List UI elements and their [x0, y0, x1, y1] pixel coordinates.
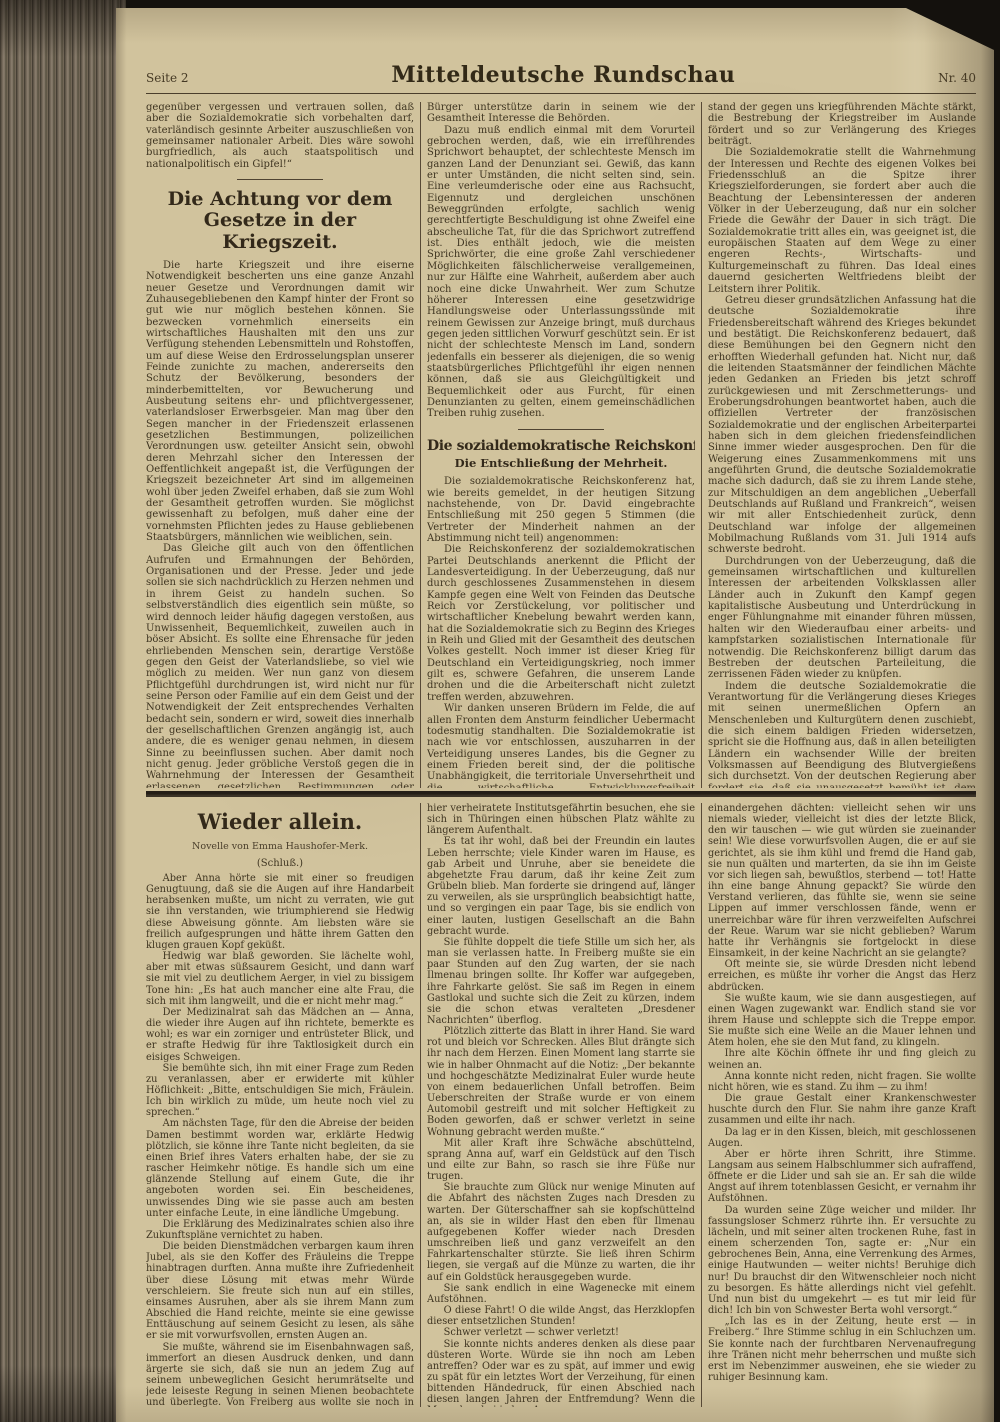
- paragraph: stand der gegen uns kriegführenden Mächt…: [708, 102, 976, 147]
- masthead-title: Mitteldeutsche Rundschau: [391, 62, 735, 88]
- paragraph: Plötzlich zitterte das Blatt in ihrer Ha…: [427, 1026, 695, 1138]
- paragraph: Sie wußte kaum, wie sie dann ausgestiege…: [708, 993, 976, 1049]
- paragraph: Der Medizinalrat sah das Mädchen an — An…: [146, 1007, 414, 1063]
- page-number: Seite 2: [146, 71, 189, 85]
- column-1: gegenüber vergessen und vertrauen sollen…: [146, 102, 414, 788]
- article-subheadline: Die Entschließung der Mehrheit.: [427, 456, 695, 470]
- paragraph: Ihre alte Köchin öffnete ihr und fing gl…: [708, 1048, 976, 1070]
- paragraph: Bürger unterstütze darin in seinem wie d…: [427, 102, 695, 125]
- paragraph: Da lag er in den Kissen, bleich, mit ges…: [708, 1127, 976, 1149]
- paragraph: Aber er hörte ihren Schritt, ihre Stimme…: [708, 1149, 976, 1205]
- story-body: einandergehen dächten: vielleicht sehen …: [708, 803, 976, 1383]
- story-body: Aber Anna hörte sie mit einer so freudig…: [146, 873, 414, 1407]
- paragraph: Schwer verletzt — schwer verletzt!: [427, 1327, 695, 1338]
- paragraph: Die graue Gestalt einer Krankenschwester…: [708, 1093, 976, 1126]
- paragraph: Mit aller Kraft ihre Schwäche abschüttel…: [427, 1138, 695, 1183]
- feuilleton-column-3: einandergehen dächten: vielleicht sehen …: [708, 803, 976, 1407]
- article-headline-kriegszeit: Die Achtung vor dem Gesetze in der Krieg…: [146, 189, 414, 253]
- paragraph: Die Erklärung des Medizinalrates schien …: [146, 1219, 414, 1241]
- story-headline: Wieder allein.: [146, 809, 414, 834]
- feuilleton-column-1: Wieder allein. Novelle von Emma Haushofe…: [146, 803, 414, 1407]
- paragraph: Hedwig war blaß geworden. Sie lächelte w…: [146, 951, 414, 1007]
- paragraph: Am nächsten Tage, für den die Abreise de…: [146, 1118, 414, 1218]
- column-divider: [420, 803, 421, 1407]
- separator-rule: [237, 179, 323, 180]
- article-body: stand der gegen uns kriegführenden Mächt…: [708, 102, 976, 788]
- column-divider: [701, 102, 702, 788]
- paragraph: einandergehen dächten: vielleicht sehen …: [708, 803, 976, 959]
- paragraph: Anna konnte nicht reden, nicht fragen. S…: [708, 1071, 976, 1093]
- paragraph: Die beiden Dienstmädchen verbargen kaum …: [146, 1241, 414, 1341]
- article-continuation-text: gegenüber vergessen und vertrauen sollen…: [146, 102, 414, 170]
- paragraph: Wir danken unseren Brüdern im Felde, die…: [427, 703, 695, 788]
- paragraph: Sie fühlte doppelt die tiefe Stille um s…: [427, 937, 695, 1026]
- main-articles-section: gegenüber vergessen und vertrauen sollen…: [146, 102, 976, 788]
- article-headline-reichskonferenz: Die sozialdemokratische Reichskonferenz.: [427, 439, 695, 455]
- article-body: Die harte Kriegszeit und ihre eiserne No…: [146, 260, 414, 788]
- article-body: Bürger unterstütze darin in seinem wie d…: [427, 102, 695, 420]
- paragraph: Sie brauchte zum Glück nur wenige Minute…: [427, 1182, 695, 1282]
- column-divider: [701, 803, 702, 1407]
- paragraph: Getreu dieser grundsätzlichen Anfassung …: [708, 295, 976, 556]
- paragraph: Da wurden seine Züge weicher und milder.…: [708, 1205, 976, 1317]
- paragraph: Die sozialdemokratische Reichskonferenz …: [427, 476, 695, 544]
- paragraph: Sie mußte, während sie im Eisenbahnwagen…: [146, 1342, 414, 1407]
- feuilleton-section: Wieder allein. Novelle von Emma Haushofe…: [146, 803, 976, 1407]
- paragraph: Indem die deutsche Sozialdemokratie die …: [708, 681, 976, 788]
- story-byline: Novelle von Emma Haushofer-Merk.: [146, 841, 414, 852]
- story-body: hier verheiratete Institutsgefährtin bes…: [427, 803, 695, 1407]
- paragraph: Die Reichskonferenz der sozialdemokratis…: [427, 544, 695, 703]
- page-corner-shadow: [906, 8, 994, 50]
- paragraph: Oft meinte sie, sie würde Dresden nicht …: [708, 959, 976, 992]
- column-3: stand der gegen uns kriegführenden Mächt…: [708, 102, 976, 788]
- paragraph: Es tat ihr wohl, daß bei der Freundin ei…: [427, 836, 695, 936]
- newspaper-page: Seite 2 Mitteldeutsche Rundschau Nr. 40 …: [116, 8, 994, 1422]
- article-body: Die sozialdemokratische Reichskonferenz …: [427, 476, 695, 788]
- paragraph: Sie bemühte sich, ihn mit einer Frage zu…: [146, 1063, 414, 1119]
- paragraph: Die Sozialdemokratie stellt die Wahrnehm…: [708, 147, 976, 294]
- paragraph: hier verheiratete Institutsgefährtin bes…: [427, 803, 695, 836]
- page-header: Seite 2 Mitteldeutsche Rundschau Nr. 40: [146, 62, 976, 88]
- paragraph: Dazu muß endlich einmal mit dem Vorurtei…: [427, 125, 695, 420]
- feuilleton-column-2: hier verheiratete Institutsgefährtin bes…: [427, 803, 695, 1407]
- paragraph: Die harte Kriegszeit und ihre eiserne No…: [146, 260, 414, 544]
- column-2: Bürger unterstütze darin in seinem wie d…: [427, 102, 695, 788]
- header-rule: [146, 93, 976, 94]
- paragraph: Sie sank endlich in eine Wagenecke mit e…: [427, 1283, 695, 1305]
- issue-number: Nr. 40: [938, 71, 976, 85]
- scanned-newspaper-photo: Seite 2 Mitteldeutsche Rundschau Nr. 40 …: [0, 0, 1000, 1422]
- page-stack-edge: [0, 0, 126, 1422]
- paragraph: Aber Anna hörte sie mit einer so freudig…: [146, 873, 414, 951]
- separator-rule: [518, 429, 604, 430]
- story-part-label: (Schluß.): [146, 858, 414, 869]
- column-divider: [420, 102, 421, 788]
- feuilleton-divider-bar: [146, 791, 976, 797]
- paragraph: Durchdrungen von der Ueberzeugung, daß d…: [708, 556, 976, 681]
- paragraph: Das Gleiche gilt auch von den öffentlich…: [146, 543, 414, 788]
- paragraph: O diese Fahrt! O die wilde Angst, das He…: [427, 1305, 695, 1327]
- paragraph: Sie konnte nichts anderes denken als die…: [427, 1339, 695, 1408]
- paragraph: „Ich las es in der Zeitung, heute erst —…: [708, 1316, 976, 1383]
